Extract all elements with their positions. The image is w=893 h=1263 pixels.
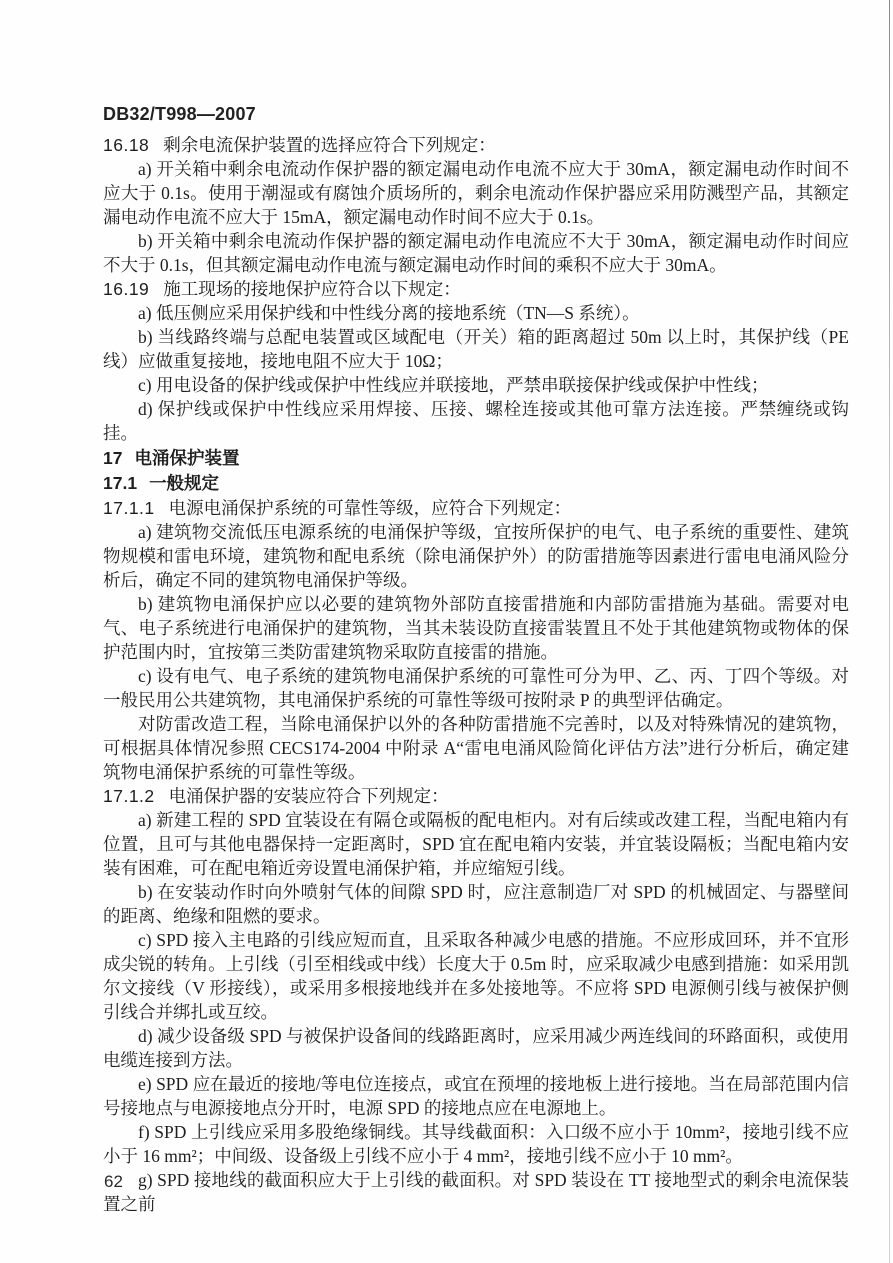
clause-text: 剩余电流保护装置的选择应符合下列规定：: [163, 135, 496, 155]
clause-text: 一般规定: [149, 473, 219, 493]
clause-text: c) 用电设备的保护线或保护中性线应并联接地，严禁串联接保护线或保护中性线；: [138, 375, 768, 395]
list-item: a) 开关箱中剩余电流动作保护器的额定漏电动作电流不应大于 30mA，额定漏电动…: [103, 157, 849, 229]
clause-text: b) 开关箱中剩余电流动作保护器的额定漏电动作电流应不大于 30mA，额定漏电动…: [103, 231, 849, 275]
clause-text: d) 减少设备级 SPD 与被保护设备间的线路距离时，应采用减少两连线间的环路面…: [103, 1026, 849, 1070]
clause-number: 17.1.2: [103, 786, 155, 806]
list-item: b) 在安装动作时向外喷射气体的间隙 SPD 时，应注意制造厂对 SPD 的机械…: [103, 880, 849, 928]
clause-text: d) 保护线或保护中性线应采用焊接、压接、螺栓连接或其他可靠方法连接。严禁缠绕或…: [103, 399, 849, 443]
clause-text: a) 新建工程的 SPD 宜装设在有隔仓或隔板的配电柜内。对有后续或改建工程，当…: [103, 810, 849, 878]
doc-code-header: DB32/T998—2007: [103, 104, 256, 125]
clause-text: 对防雷改造工程，当除电涌保护以外的各种防雷措施不完善时，以及对特殊情况的建筑物，…: [103, 714, 849, 782]
clause-text: c) SPD 接入主电路的引线应短而直，且采取各种减少电感的措施。不应形成回环，…: [103, 930, 849, 1022]
clause-text: 电源电涌保护系统的可靠性等级，应符合下列规定：: [169, 498, 572, 518]
list-item: d) 保护线或保护中性线应采用焊接、压接、螺栓连接或其他可靠方法连接。严禁缠绕或…: [103, 397, 849, 445]
list-item: f) SPD 上引线应采用多股绝缘铜线。其导线截面积：入口级不应小于 10mm²…: [103, 1120, 849, 1168]
list-item: c) 用电设备的保护线或保护中性线应并联接地，严禁串联接保护线或保护中性线；: [103, 373, 849, 397]
document-body: 16.18剩余电流保护装置的选择应符合下列规定：a) 开关箱中剩余电流动作保护器…: [103, 133, 849, 1216]
clause-number: 16.18: [103, 135, 149, 155]
clause-number: 17.1.1: [103, 498, 155, 518]
document-page: DB32/T998—2007 16.18剩余电流保护装置的选择应符合下列规定：a…: [0, 0, 893, 1263]
clause-text: 电涌保护装置: [134, 448, 239, 468]
clause-text: 电涌保护器的安装应符合下列规定：: [169, 786, 449, 806]
list-item: a) 低压侧应采用保护线和中性线分离的接地系统（TN—S 系统）。: [103, 301, 849, 325]
clause-text: a) 建筑物交流低压电源系统的电涌保护等级，宜按所保护的电气、电子系统的重要性、…: [103, 522, 849, 590]
list-item: b) 当线路终端与总配电装置或区域配电（开关）箱的距离超过 50m 以上时，其保…: [103, 325, 849, 373]
clause-number: 17: [103, 448, 122, 468]
clause-text: b) 当线路终端与总配电装置或区域配电（开关）箱的距离超过 50m 以上时，其保…: [103, 327, 849, 371]
list-item: a) 建筑物交流低压电源系统的电涌保护等级，宜按所保护的电气、电子系统的重要性、…: [103, 520, 849, 592]
list-item: b) 开关箱中剩余电流动作保护器的额定漏电动作电流应不大于 30mA，额定漏电动…: [103, 229, 849, 277]
clause-heading: 16.18剩余电流保护装置的选择应符合下列规定：: [103, 133, 849, 157]
clause-text: c) 设有电气、电子系统的建筑物电涌保护系统的可靠性可分为甲、乙、丙、丁四个等级…: [103, 666, 849, 710]
paragraph: 对防雷改造工程，当除电涌保护以外的各种防雷措施不完善时，以及对特殊情况的建筑物，…: [103, 712, 849, 784]
clause-text: b) 建筑物电涌保护应以必要的建筑物外部防直接雷措施和内部防雷措施为基础。需要对…: [103, 594, 849, 662]
clause-text: f) SPD 上引线应采用多股绝缘铜线。其导线截面积：入口级不应小于 10mm²…: [103, 1122, 849, 1166]
list-item: g) SPD 接地线的截面积应大于上引线的截面积。对 SPD 装设在 TT 接地…: [103, 1168, 849, 1216]
section-heading: 17.1一般规定: [103, 471, 849, 495]
clause-text: a) 开关箱中剩余电流动作保护器的额定漏电动作电流不应大于 30mA，额定漏电动…: [103, 159, 849, 227]
list-item: d) 减少设备级 SPD 与被保护设备间的线路距离时，应采用减少两连线间的环路面…: [103, 1024, 849, 1072]
clause-heading: 16.19施工现场的接地保护应符合以下规定：: [103, 277, 849, 301]
clause-text: g) SPD 接地线的截面积应大于上引线的截面积。对 SPD 装设在 TT 接地…: [103, 1170, 849, 1214]
clause-number: 16.19: [103, 279, 149, 299]
list-item: e) SPD 应在最近的接地/等电位连接点，或宜在预埋的接地板上进行接地。当在局…: [103, 1072, 849, 1120]
scan-edge-line: [889, 0, 890, 1263]
clause-text: e) SPD 应在最近的接地/等电位连接点，或宜在预埋的接地板上进行接地。当在局…: [103, 1074, 849, 1118]
page-number: 62: [104, 1172, 123, 1192]
clause-text: a) 低压侧应采用保护线和中性线分离的接地系统（TN—S 系统）。: [138, 303, 640, 323]
clause-text: b) 在安装动作时向外喷射气体的间隙 SPD 时，应注意制造厂对 SPD 的机械…: [103, 882, 849, 926]
clause-number: 17.1: [103, 473, 137, 493]
list-item: a) 新建工程的 SPD 宜装设在有隔仓或隔板的配电柜内。对有后续或改建工程，当…: [103, 808, 849, 880]
list-item: b) 建筑物电涌保护应以必要的建筑物外部防直接雷措施和内部防雷措施为基础。需要对…: [103, 592, 849, 664]
clause-heading: 17.1.2电涌保护器的安装应符合下列规定：: [103, 784, 849, 808]
clause-heading: 17.1.1电源电涌保护系统的可靠性等级，应符合下列规定：: [103, 496, 849, 520]
section-heading: 17电涌保护装置: [103, 446, 849, 470]
list-item: c) 设有电气、电子系统的建筑物电涌保护系统的可靠性可分为甲、乙、丙、丁四个等级…: [103, 664, 849, 712]
list-item: c) SPD 接入主电路的引线应短而直，且采取各种减少电感的措施。不应形成回环，…: [103, 928, 849, 1024]
clause-text: 施工现场的接地保护应符合以下规定：: [163, 279, 461, 299]
